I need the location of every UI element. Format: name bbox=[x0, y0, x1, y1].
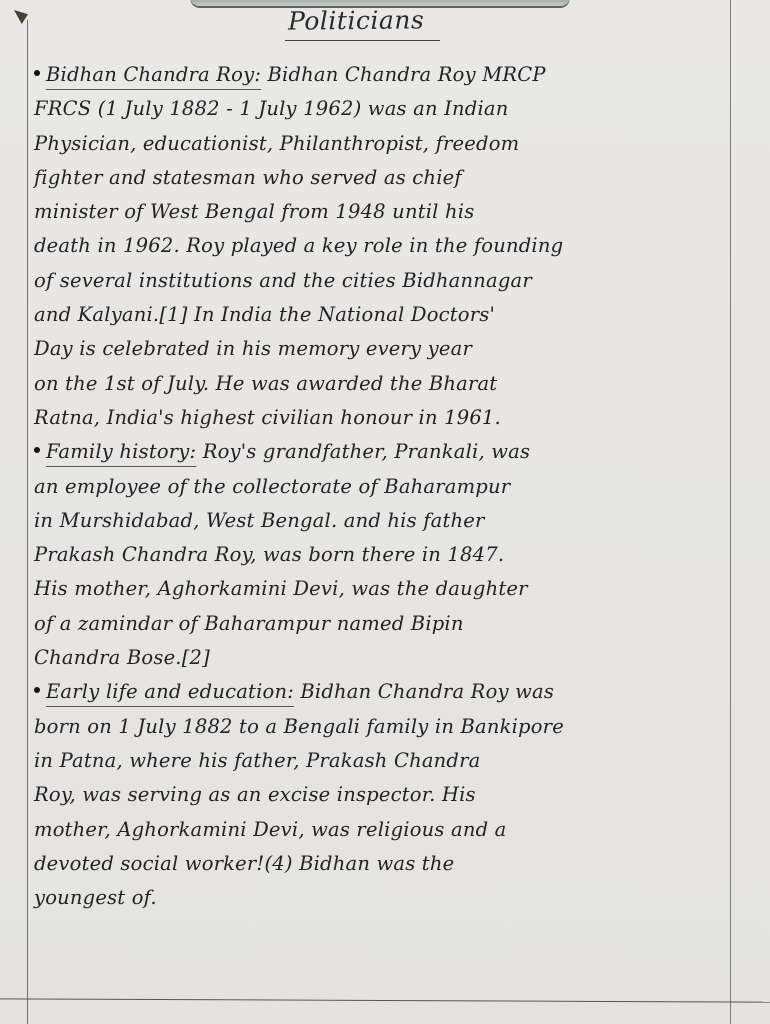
line-text: Roy's grandfather, Prankali, was bbox=[196, 440, 530, 463]
line-text: youngest of. bbox=[34, 886, 157, 909]
section-3: Early life and education: Bidhan Chandra… bbox=[34, 675, 764, 915]
text-line: Physician, educationist, Philanthropist,… bbox=[34, 127, 764, 161]
bullet-icon bbox=[34, 447, 40, 453]
text-line: of several institutions and the cities B… bbox=[34, 264, 764, 298]
text-line: Roy, was serving as an excise inspector.… bbox=[34, 778, 764, 812]
pin-mark bbox=[14, 10, 28, 24]
text-line: in Murshidabad, West Bengal. and his fat… bbox=[34, 504, 764, 538]
line-text: born on 1 July 1882 to a Bengali family … bbox=[34, 715, 564, 738]
page-title: Politicians bbox=[288, 5, 424, 35]
line-text: on the 1st of July. He was awarded the B… bbox=[34, 372, 497, 395]
line-text: in Murshidabad, West Bengal. and his fat… bbox=[34, 509, 485, 532]
line-text: Bidhan Chandra Roy was bbox=[294, 680, 554, 703]
title-underline bbox=[285, 40, 440, 41]
line-text: devoted social worker!(4) Bidhan was the bbox=[34, 852, 454, 875]
section-2: Family history: Roy's grandfather, Prank… bbox=[34, 435, 764, 675]
line-text: death in 1962. Roy played a key role in … bbox=[34, 234, 563, 257]
line-text: and Kalyani.[1] In India the National Do… bbox=[34, 303, 495, 326]
bullet-icon bbox=[34, 70, 40, 76]
text-line: in Patna, where his father, Prakash Chan… bbox=[34, 744, 764, 778]
section-heading: Family history: bbox=[46, 440, 196, 463]
text-line: Prakash Chandra Roy, was born there in 1… bbox=[34, 538, 764, 572]
line-text: fighter and statesman who served as chie… bbox=[34, 166, 462, 189]
left-margin-line bbox=[27, 20, 28, 1024]
line-text: Bidhan Chandra Roy MRCP bbox=[261, 63, 546, 86]
line-text: mother, Aghorkamini Devi, was religious … bbox=[34, 818, 507, 841]
handwritten-content: Bidhan Chandra Roy: Bidhan Chandra Roy M… bbox=[34, 58, 764, 915]
text-line: mother, Aghorkamini Devi, was religious … bbox=[34, 813, 764, 847]
line-text: Day is celebrated in his memory every ye… bbox=[34, 337, 472, 360]
text-line: Early life and education: Bidhan Chandra… bbox=[34, 675, 764, 709]
text-line: FRCS (1 July 1882 - 1 July 1962) was an … bbox=[34, 92, 764, 126]
section-heading: Early life and education: bbox=[46, 680, 294, 703]
line-text: Chandra Bose.[2] bbox=[34, 646, 210, 669]
section-1: Bidhan Chandra Roy: Bidhan Chandra Roy M… bbox=[34, 58, 764, 435]
text-line: devoted social worker!(4) Bidhan was the bbox=[34, 847, 764, 881]
notebook-page: Politicians Bidhan Chandra Roy: Bidhan C… bbox=[0, 0, 770, 1024]
line-text: Prakash Chandra Roy, was born there in 1… bbox=[34, 543, 504, 566]
bullet-icon bbox=[34, 687, 40, 693]
text-line: born on 1 July 1882 to a Bengali family … bbox=[34, 710, 764, 744]
line-text: of a zamindar of Baharampur named Bipin bbox=[34, 612, 464, 635]
text-line: Chandra Bose.[2] bbox=[34, 641, 764, 675]
line-text: His mother, Aghorkamini Devi, was the da… bbox=[34, 577, 528, 600]
line-text: Ratna, India's highest civilian honour i… bbox=[34, 406, 501, 429]
line-text: FRCS (1 July 1882 - 1 July 1962) was an … bbox=[34, 97, 508, 120]
text-line: fighter and statesman who served as chie… bbox=[34, 161, 764, 195]
text-line: Ratna, India's highest civilian honour i… bbox=[34, 401, 764, 435]
text-line: His mother, Aghorkamini Devi, was the da… bbox=[34, 572, 764, 606]
text-line: minister of West Bengal from 1948 until … bbox=[34, 195, 764, 229]
line-text: an employee of the collectorate of Bahar… bbox=[34, 475, 510, 498]
text-line: death in 1962. Roy played a key role in … bbox=[34, 229, 764, 263]
line-text: in Patna, where his father, Prakash Chan… bbox=[34, 749, 480, 772]
text-line: on the 1st of July. He was awarded the B… bbox=[34, 367, 764, 401]
text-line: Bidhan Chandra Roy: Bidhan Chandra Roy M… bbox=[34, 58, 764, 92]
text-line: Family history: Roy's grandfather, Prank… bbox=[34, 435, 764, 469]
text-line: youngest of. bbox=[34, 881, 764, 915]
text-line: an employee of the collectorate of Bahar… bbox=[34, 470, 764, 504]
text-line: and Kalyani.[1] In India the National Do… bbox=[34, 298, 764, 332]
line-text: Roy, was serving as an excise inspector.… bbox=[34, 783, 476, 806]
line-text: of several institutions and the cities B… bbox=[34, 269, 532, 292]
bottom-rule-line bbox=[0, 998, 770, 1002]
text-line: of a zamindar of Baharampur named Bipin bbox=[34, 607, 764, 641]
section-heading: Bidhan Chandra Roy: bbox=[46, 63, 261, 86]
text-line: Day is celebrated in his memory every ye… bbox=[34, 332, 764, 366]
line-text: Physician, educationist, Philanthropist,… bbox=[34, 132, 519, 155]
line-text: minister of West Bengal from 1948 until … bbox=[34, 200, 474, 223]
